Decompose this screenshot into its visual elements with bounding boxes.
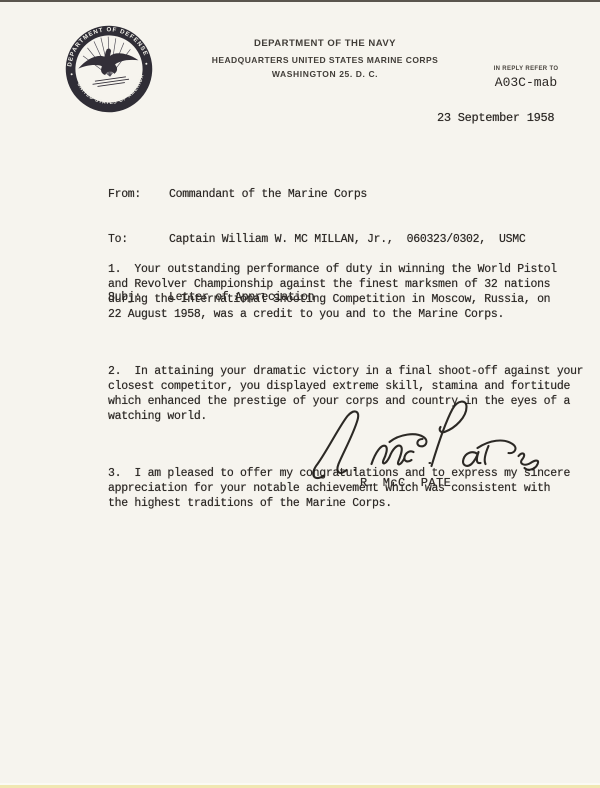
- handwritten-signature-icon: [290, 396, 548, 488]
- paragraph-1: 1. Your outstanding performance of duty …: [108, 262, 588, 322]
- letter-body: 1. Your outstanding performance of duty …: [108, 232, 588, 553]
- signer-name: R. McC. PATE: [360, 476, 451, 490]
- reply-refer-label: IN REPLY REFER TO: [470, 66, 582, 72]
- reference-code: A03C-mab: [470, 75, 582, 90]
- scan-edge-top: [0, 0, 600, 2]
- letterhead-line2: HEADQUARTERS UNITED STATES MARINE CORPS: [150, 55, 500, 65]
- letterhead-line1: DEPARTMENT OF THE NAVY: [150, 38, 500, 49]
- reply-reference-block: IN REPLY REFER TO A03C-mab: [470, 66, 582, 90]
- letterhead-line3: WASHINGTON 25. D. C.: [150, 69, 500, 79]
- from-value: Commandant of the Marine Corps: [169, 187, 367, 202]
- from-label: From:: [108, 187, 169, 202]
- department-of-defense-seal-icon: DEPARTMENT OF DEFENSE UNITED STATES OF A…: [57, 17, 161, 121]
- from-row: From: Commandant of the Marine Corps: [108, 187, 586, 202]
- letterhead: DEPARTMENT OF THE NAVY HEADQUARTERS UNIT…: [150, 38, 500, 79]
- letter-document: DEPARTMENT OF DEFENSE UNITED STATES OF A…: [0, 0, 600, 788]
- letter-date: 23 September 1958: [437, 111, 554, 125]
